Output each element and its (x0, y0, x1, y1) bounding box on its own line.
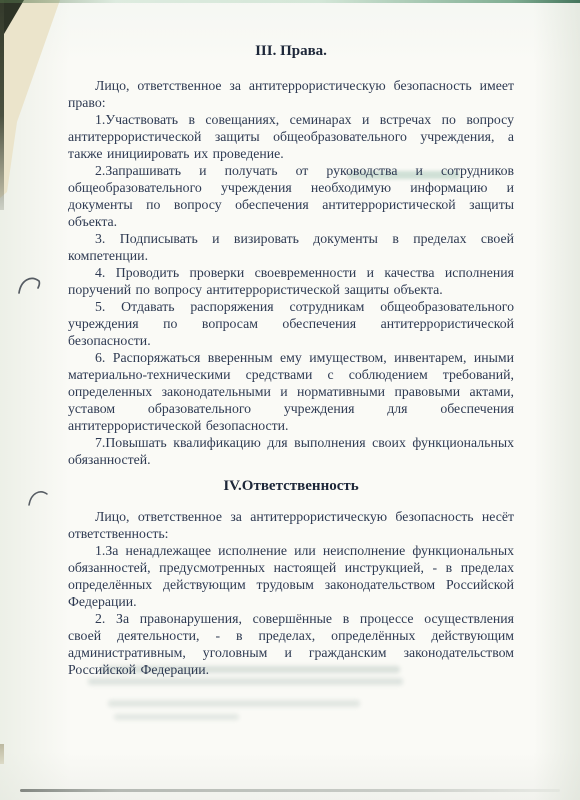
responsibility-item-1: 1.За ненадлежащее исполнение или неиспол… (68, 542, 514, 610)
scanned-page: III. Права. Лицо, ответственное за антит… (0, 0, 580, 800)
rights-item-6: 6. Распоряжаться вверенным ему имущество… (68, 349, 514, 434)
paragraph-intro: Лицо, ответственное за антитеррористичес… (68, 77, 514, 111)
rights-item-5: 5. Отдавать распоряжения сотрудникам общ… (68, 298, 514, 349)
rights-item-7: 7.Повышать квалификацию для выполнения с… (68, 434, 514, 468)
ink-bleed-spot (114, 714, 239, 720)
ink-bleed-spot (88, 678, 403, 685)
rights-item-3: 3. Подписывать и визировать документы в … (68, 230, 514, 264)
pen-mark-arc-2 (26, 487, 52, 513)
section-heading-rights: III. Права. (68, 42, 514, 61)
document-body: III. Права. Лицо, ответственное за антит… (68, 42, 514, 678)
scanner-edge-top (0, 0, 580, 3)
ink-bleed-spot (108, 700, 360, 707)
scanner-edge-left-lower (0, 744, 4, 764)
responsibility-item-2: 2. За правонарушения, совершённые в проц… (68, 610, 514, 678)
scanner-edge-left (0, 0, 4, 210)
pen-mark-arc-1 (16, 273, 44, 301)
paragraph-intro: Лицо, ответственное за антитеррористичес… (68, 508, 514, 542)
page-bottom-shadow (20, 789, 560, 792)
rights-item-2: 2.Запрашивать и получать от руководства … (68, 162, 514, 230)
section-heading-responsibility: IV.Ответственность (68, 477, 514, 496)
rights-item-4: 4. Проводить проверки своевременности и … (68, 264, 514, 298)
rights-item-1: 1.Участвовать в совещаниях, семинарах и … (68, 111, 514, 162)
